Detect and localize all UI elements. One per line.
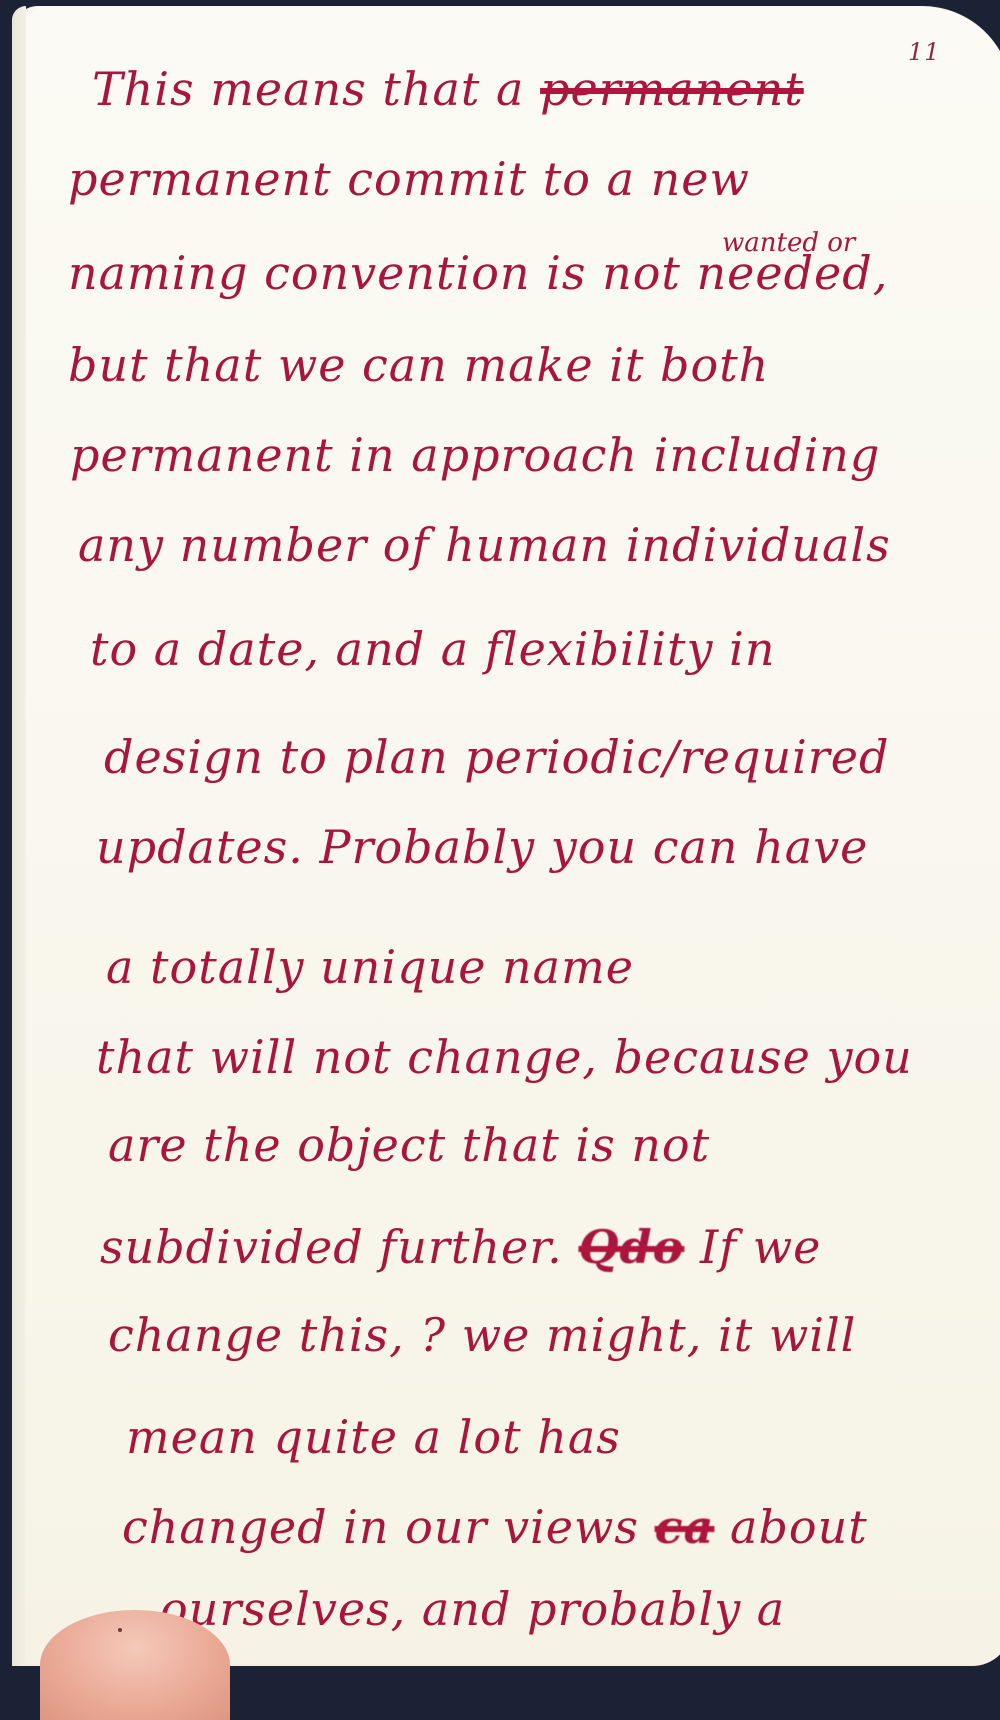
- page-number: 11: [908, 38, 941, 66]
- page-edge: [12, 6, 26, 1648]
- line-text: changed in our views: [122, 1500, 655, 1554]
- handwritten-line-17: ourselves, and probably a: [160, 1582, 785, 1636]
- line-text: If we: [684, 1220, 821, 1274]
- handwritten-line-15: mean quite a lot has: [126, 1410, 621, 1464]
- handwritten-line-11: that will not change, because you: [96, 1030, 913, 1084]
- line-text: about: [714, 1500, 867, 1554]
- thumb-mark: [118, 1628, 122, 1632]
- scribbled-out-word: Qdo: [578, 1220, 684, 1274]
- handwritten-line-8: design to plan periodic/required: [104, 730, 889, 784]
- struck-word: permanent: [540, 62, 804, 116]
- handwritten-line-10: a totally unique name: [106, 940, 634, 994]
- handwritten-line-3: naming convention is not needed,: [68, 246, 888, 300]
- handwritten-line-9: updates. Probably you can have: [96, 820, 868, 874]
- scribbled-out-word: ca: [655, 1500, 715, 1554]
- handwritten-line-13: subdivided further. Qdo If we: [100, 1220, 821, 1274]
- line-text: This means that a: [92, 62, 540, 116]
- handwritten-line-6: any number of human individuals: [78, 518, 891, 572]
- handwritten-line-12: are the object that is not: [108, 1118, 710, 1172]
- handwritten-line-2: permanent commit to a new: [68, 152, 750, 206]
- handwritten-line-4: but that we can make it both: [68, 338, 769, 392]
- handwritten-line-14: change this, ? we might, it will: [108, 1308, 856, 1362]
- handwritten-line-1: This means that a permanent: [92, 62, 804, 116]
- handwritten-line-5: permanent in approach including: [70, 428, 880, 482]
- handwritten-line-16: changed in our views ca about: [122, 1500, 868, 1554]
- line-text: subdivided further.: [100, 1220, 578, 1274]
- handwritten-line-7: to a date, and a flexibility in: [90, 622, 775, 676]
